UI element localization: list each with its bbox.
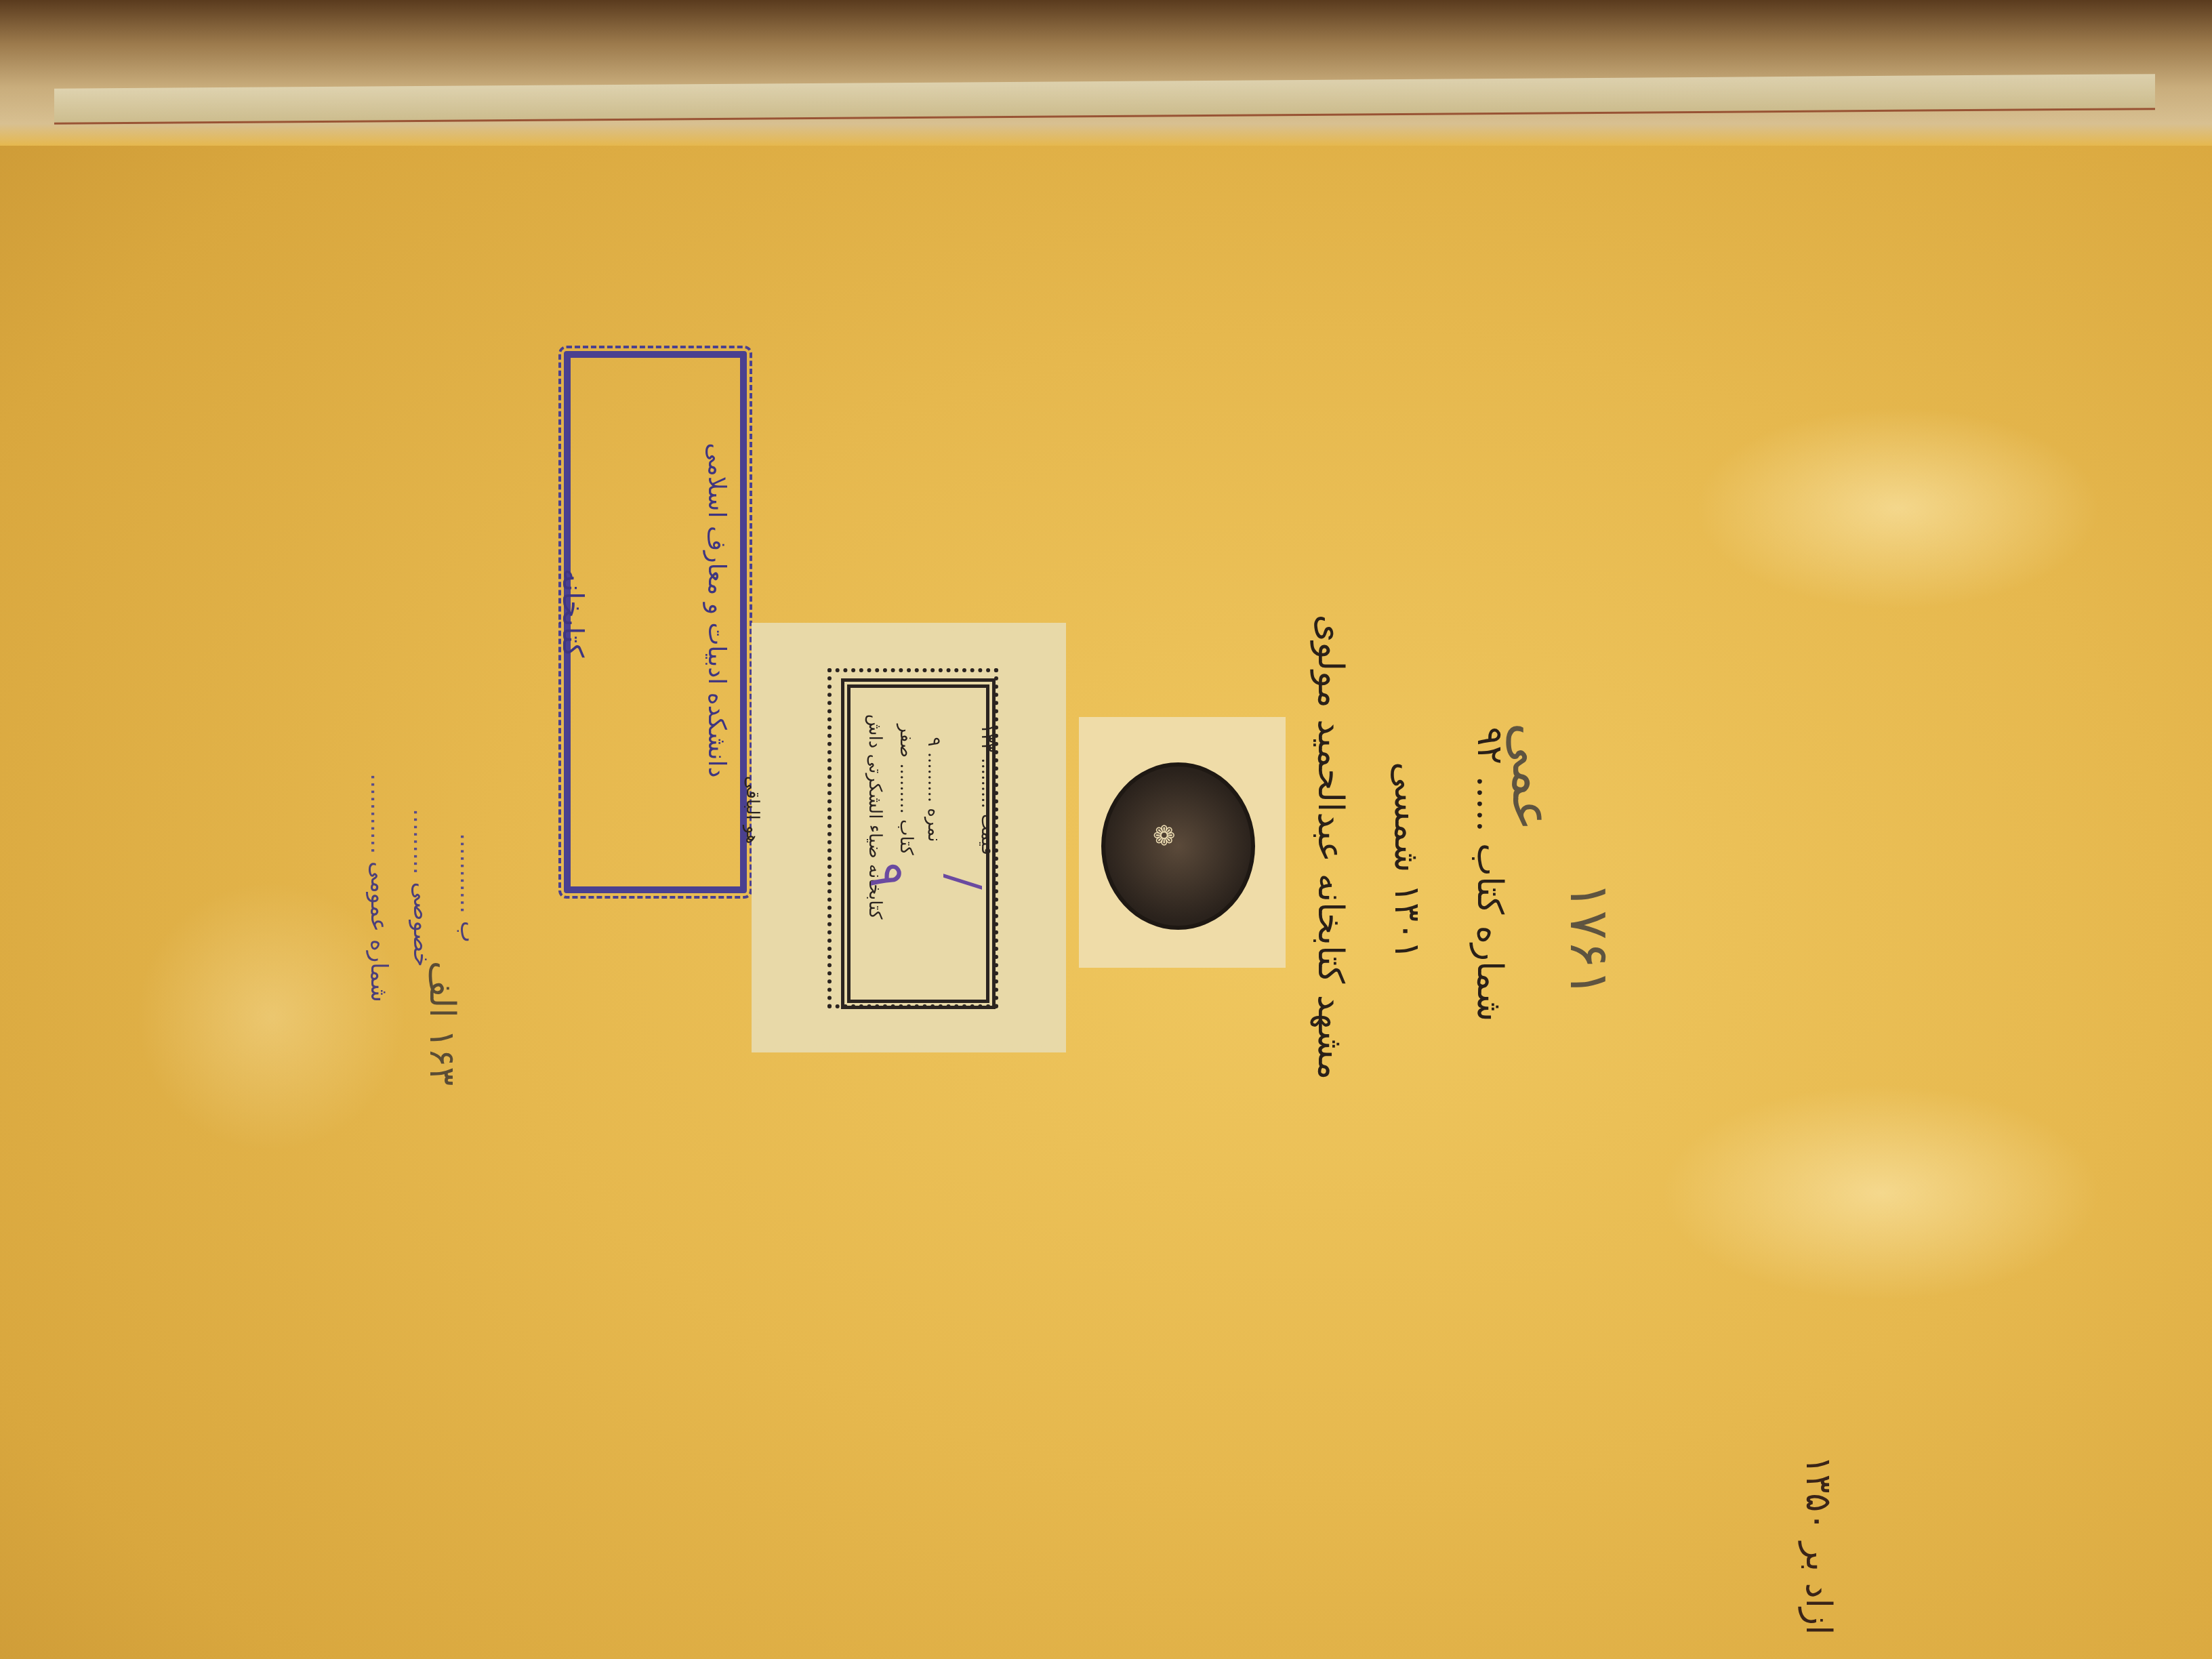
stamp-title: کتابخانه [556, 569, 590, 657]
field-private-number: خصوصی ......... [408, 808, 435, 966]
seal-impression-icon: ❁ [1101, 762, 1255, 930]
light-glare [1660, 1084, 2101, 1301]
book-binding-edge [0, 0, 2212, 146]
pencil-annotation: ۱۶۳ الف [422, 961, 462, 1086]
field-third: ب ........... [455, 833, 482, 943]
pencil-word: عمی [1500, 722, 1563, 832]
label-field-book: کتاب ......... صفر [896, 724, 916, 855]
stamp-faculty-line: دانشکده ادبیات و معارف اسلامی [703, 443, 731, 778]
label-field-number: نمره ......... ۹ [924, 737, 944, 842]
handwritten-stroke: / [936, 874, 991, 890]
handwritten-number: ۹ [859, 862, 915, 888]
label-library-name: کتابخانه ضیاء الشکرتی داش [865, 714, 885, 920]
ornamental-frame [841, 678, 996, 1009]
bottom-ink-note: ازاد بر ۱۳۵۰ [1798, 1455, 1839, 1635]
label-field-volume: قیمت ......... ۱۳۳ [977, 724, 998, 855]
library-year-line: ۱۳۰۱ شمسی [1387, 762, 1427, 960]
light-glare [1694, 407, 2101, 610]
field-general-number: شماره عمومی ........... [365, 773, 392, 1002]
library-name-line: مشهد کتابخانه عبدالحمید مولوی [1310, 615, 1351, 1080]
label-header: هو الباقی [742, 776, 762, 844]
pencil-number: ۱۷۶۱ [1558, 882, 1621, 998]
